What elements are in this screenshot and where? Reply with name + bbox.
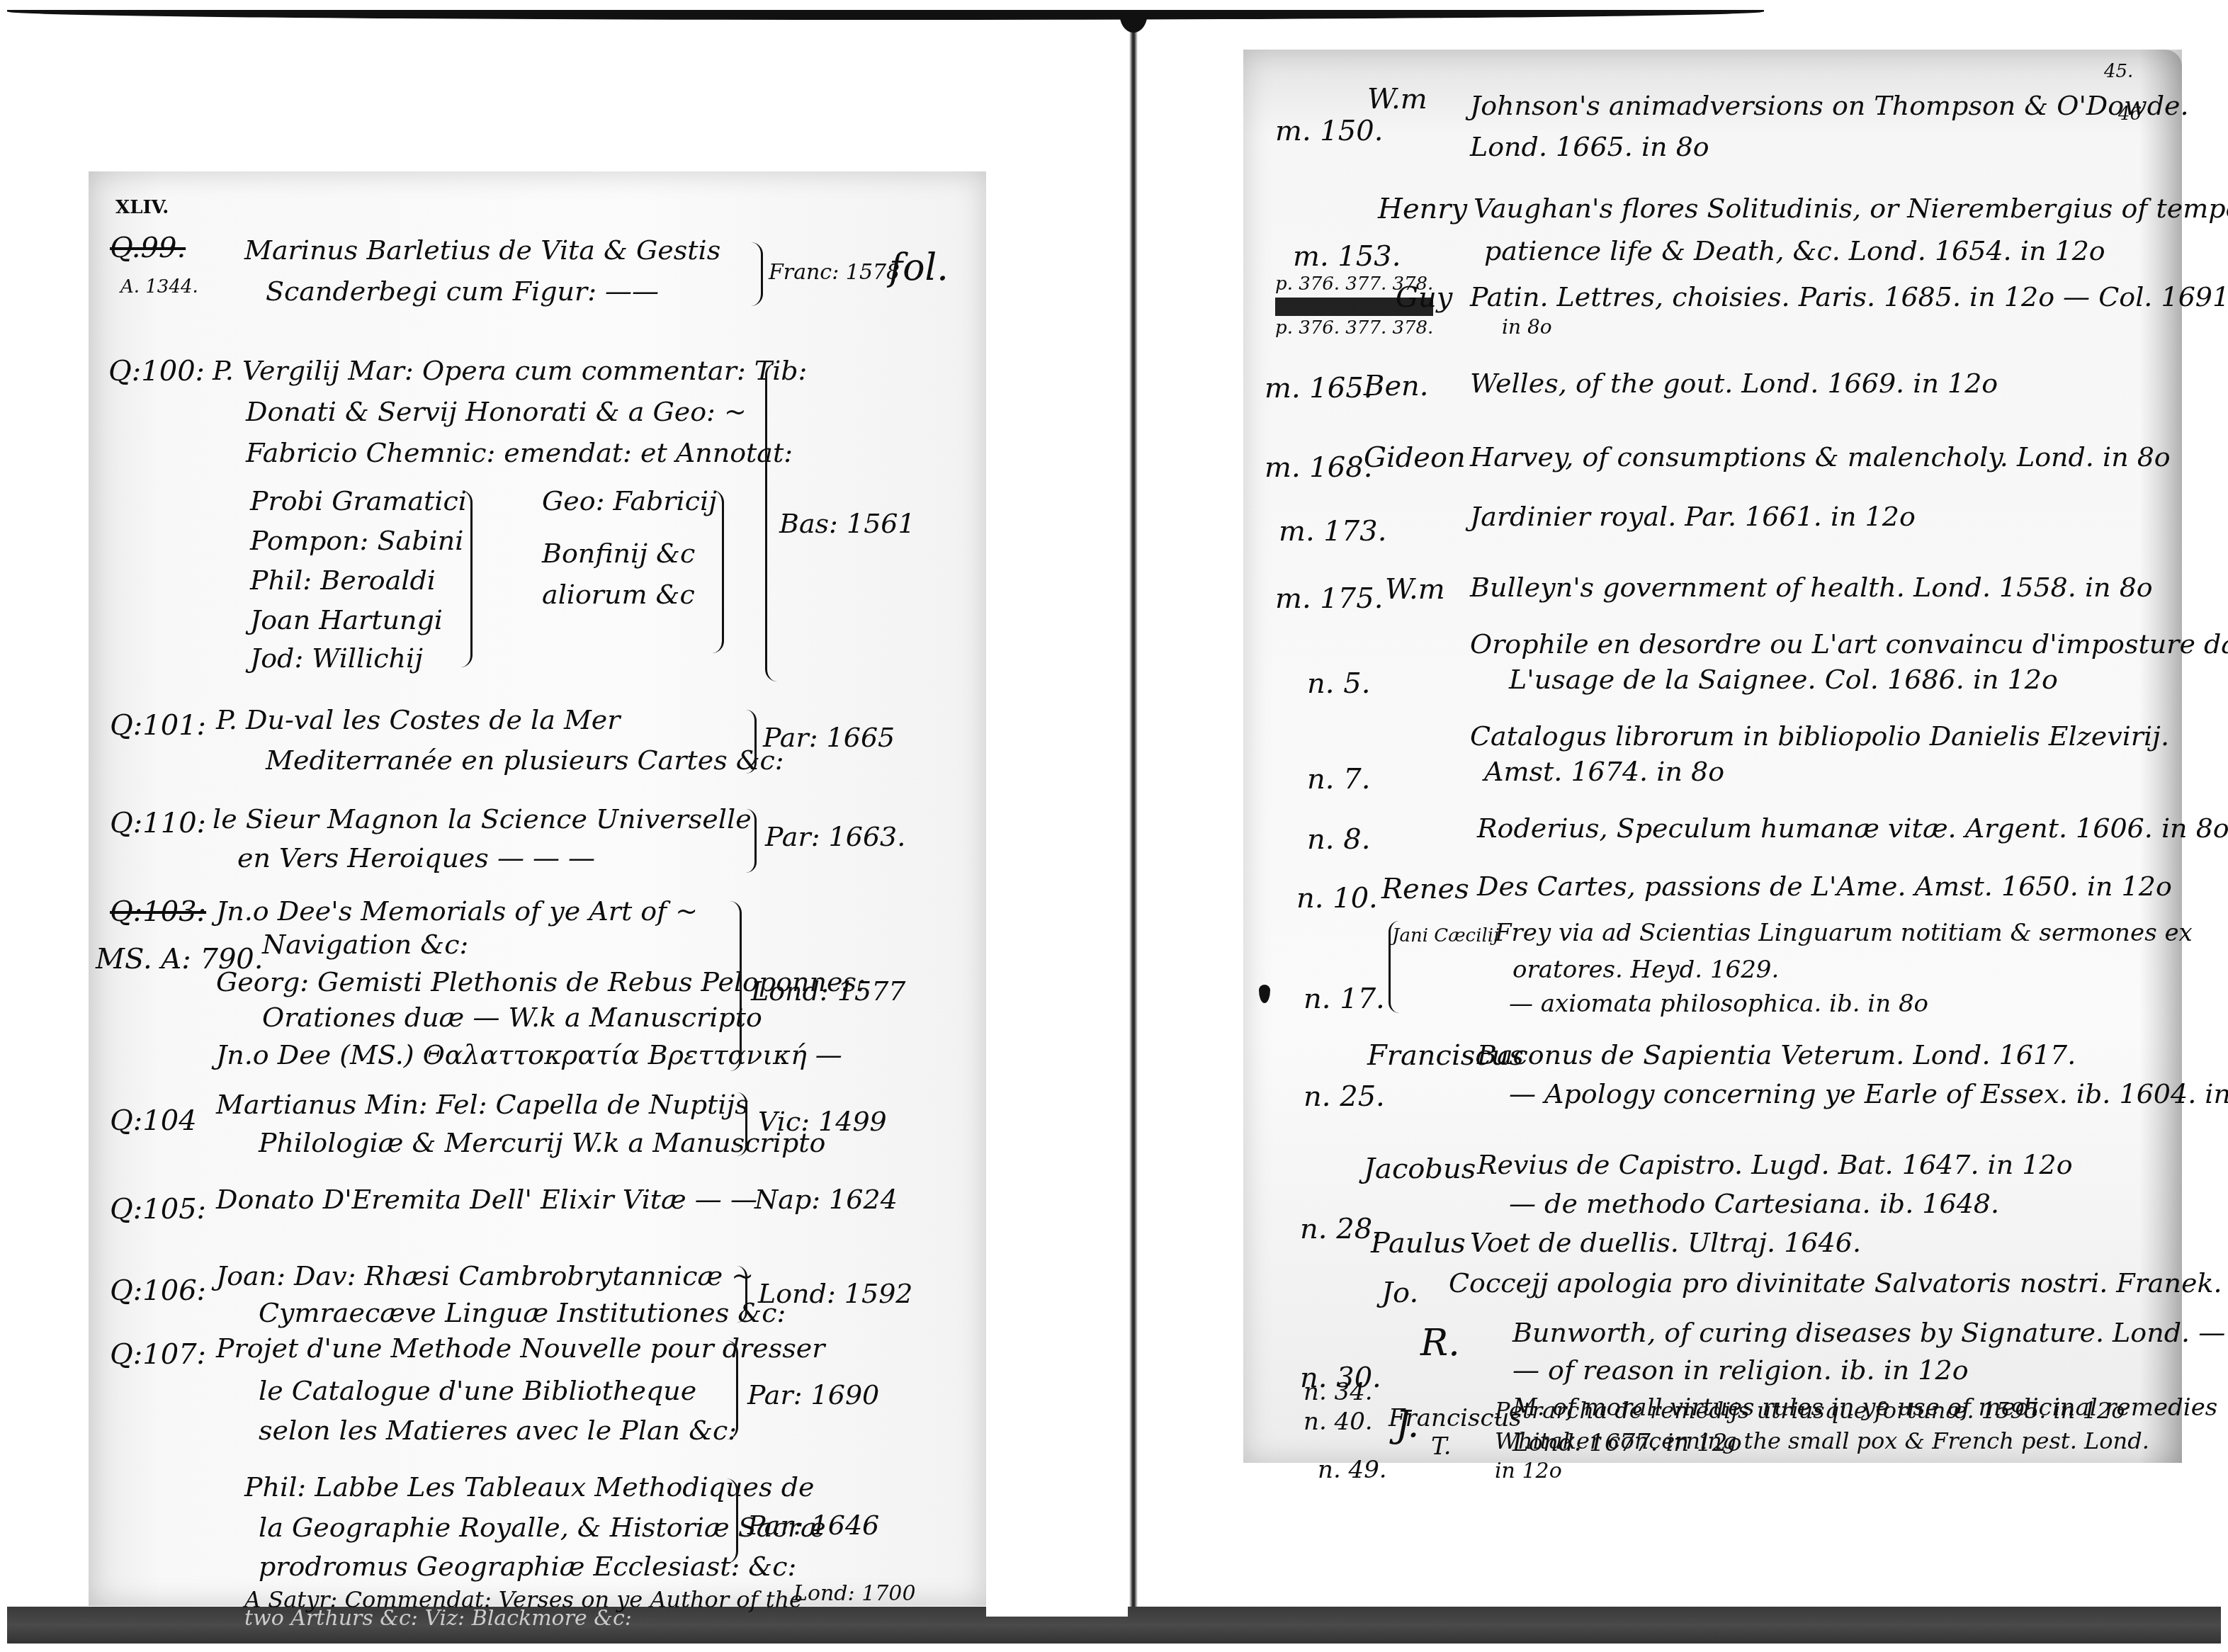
entry-line: Joan: Dav: Rhæsi Cambrobrytannicæ ~: [216, 1262, 754, 1289]
shelfmark: m. 150.: [1275, 117, 1383, 145]
bracket: [765, 363, 777, 681]
entry-line: Navigation &c:: [262, 931, 468, 958]
entry-line: Petrarcha de remedijs utriusque fortunæ.…: [1495, 1399, 2125, 1422]
shelfmark: n. 49.: [1318, 1458, 1387, 1482]
entry-line: Bulleyn's government of health. Lond. 15…: [1470, 574, 2153, 601]
shelfmark: Q:100:: [108, 357, 205, 385]
entry-sub-line: Jod: Willichij: [250, 645, 423, 672]
entry-line: Scanderbegi cum Figur: ——: [266, 278, 659, 305]
author-forename: Gideon: [1364, 443, 1466, 472]
shelfmark-alt: p. 376. 377. 378.: [1275, 319, 1433, 337]
entry-line: Baconus de Sapientia Veterum. Lond. 1617…: [1477, 1041, 2076, 1068]
imprint: Franc: 1578: [769, 262, 900, 283]
imprint: Lond: 1577: [751, 978, 906, 1005]
entry-line: Welles, of the gout. Lond. 1669. in 12o: [1470, 370, 1998, 397]
imprint: Lond: 1592: [758, 1280, 913, 1307]
entry-sub-line: Bonfinij &c: [542, 540, 695, 567]
shelfmark: Q.99.: [110, 234, 186, 262]
entry-line: in 12o: [1495, 1461, 1562, 1482]
entry-line: Johnson's animadversions on Thompson & O…: [1470, 92, 2189, 119]
shelfmark: Q:104: [110, 1107, 197, 1135]
shelfmark: n. 25.: [1304, 1082, 1385, 1111]
entry-sub-line: Phil: Beroaldi: [250, 567, 436, 594]
entry-line: Donati & Servij Honorati & a Geo: ~: [246, 398, 747, 425]
entry-sub-line: Joan Hartungi: [250, 606, 443, 633]
entry-line: Jardinier royal. Par. 1661. in 12o: [1470, 503, 1916, 530]
imprint: Par: 1663.: [765, 823, 905, 850]
shelfmark: Q:110:: [110, 809, 206, 837]
page-number: 45.: [2104, 62, 2133, 81]
entry-line: Jn.o Dee (MS.) Θαλαττοκρατία Βρεττανική …: [216, 1041, 842, 1068]
entry-line: le Catalogue d'une Bibliotheque: [259, 1377, 696, 1404]
bracket: [746, 809, 757, 873]
left-manuscript-page: XLIV. Q.99. A. 1344. Marinus Barletius d…: [89, 171, 986, 1606]
shelfmark: Q:107:: [110, 1340, 206, 1369]
entry-line: L'usage de la Saignee. Col. 1686. in 12o: [1509, 666, 2058, 693]
imprint: Lond: 1700: [793, 1583, 916, 1605]
bracket: [737, 1092, 747, 1156]
entry-line: Lond. 1665. in 8o: [1470, 133, 1709, 160]
entry-line: le Sieur Magnon la Science Universelle: [213, 805, 752, 832]
imprint: Bas: 1561: [779, 510, 915, 537]
shelfmark: Q:106:: [110, 1277, 206, 1305]
shelfmark: n. 17.: [1304, 985, 1385, 1013]
entry-line: in 8o: [1502, 317, 1552, 337]
bracket: [751, 242, 763, 306]
bracket: [712, 490, 724, 653]
shelfmark: Q:103:: [110, 898, 206, 926]
entry-line: en Vers Heroiques — — —: [237, 844, 595, 871]
entry-line: la Geographie Royalle, & Historiæ Sacræ: [259, 1514, 826, 1541]
entry-line: — Apology concerning ye Earle of Essex. …: [1509, 1080, 2228, 1107]
book-gutter: [1129, 14, 1138, 1643]
imprint: Par: 1690: [747, 1381, 879, 1408]
shelfmark: m. 168.: [1265, 453, 1372, 482]
author-forename: Henry: [1378, 195, 1467, 223]
right-manuscript-page: 45. 46 m. 150. W.m Johnson's animadversi…: [1243, 50, 2182, 1463]
folio-number: XLIV.: [115, 198, 169, 217]
shelfmark: n. 10.: [1296, 884, 1378, 912]
entry-line: Orationes duæ — W.k a Manuscripto: [262, 1004, 762, 1031]
imprint: Par: 1665: [763, 724, 895, 751]
entry-line: Marinus Barletius de Vita & Gestis: [244, 237, 720, 264]
author-forename: T.: [1431, 1435, 1452, 1459]
imprint: Par: 1646: [747, 1512, 879, 1539]
bracket: [726, 1340, 738, 1439]
author-forename: Renes: [1381, 875, 1469, 903]
entry-line: Vaughan's flores Solitudinis, or Nieremb…: [1474, 195, 2228, 222]
entry-line: selon les Matieres avec le Plan &c:: [259, 1417, 737, 1444]
entry-line: Coccejj apologia pro divinitate Salvator…: [1449, 1269, 2228, 1296]
entry-line: Martianus Min: Fel: Capella de Nuptijs: [216, 1091, 749, 1118]
entry-line: P. Du-val les Costes de la Mer: [216, 706, 621, 733]
shelfmark: Q:105:: [110, 1195, 206, 1223]
entry-line: — axiomata philosophica. ib. in 8o: [1509, 992, 1928, 1016]
format-note: fol.: [889, 249, 949, 286]
entry-sub-line: Geo: Fabricij: [542, 487, 717, 514]
shelfmark: m. 153.: [1293, 242, 1401, 271]
entry-line: Revius de Capistro. Lugd. Bat. 1647. in …: [1477, 1151, 2073, 1178]
bracket: [737, 1266, 747, 1323]
author-forename: R.: [1420, 1325, 1460, 1362]
entry-line: P. Vergilij Mar: Opera cum commentar: Ti…: [213, 357, 807, 384]
entry-sub-line: Pompon: Sabini: [250, 527, 463, 554]
shelfmark: n. 34.: [1304, 1380, 1373, 1404]
author-forename: W.m: [1385, 575, 1445, 604]
shelfmark: n. 40.: [1304, 1410, 1373, 1434]
shelfmark: m. 173.: [1279, 517, 1386, 545]
author-forename: W.m: [1367, 85, 1427, 113]
entry-line: Frey via ad Scientias Linguarum notitiam…: [1495, 921, 2193, 945]
author-forename: Jacobus: [1364, 1155, 1476, 1183]
shelfmark: m. 165.: [1265, 374, 1372, 402]
author-forename: Paulus: [1371, 1229, 1466, 1257]
entry-line: Catalogus librorum in bibliopolio Daniel…: [1470, 723, 2169, 749]
entry-line: patience life & Death, &c. Lond. 1654. i…: [1484, 237, 2105, 264]
ink-blot: [1259, 985, 1270, 1003]
entry-line: Whitaker concerning the small pox & Fren…: [1495, 1430, 2149, 1452]
book-binding-top: [7, 10, 1764, 20]
entry-sub-line: aliorum &c: [542, 581, 695, 608]
entry-line: Voet de duellis. Ultraj. 1646.: [1470, 1229, 1861, 1256]
entry-line-obscured: two Arthurs &c: Viz: Blackmore &c:: [244, 1608, 632, 1629]
entry-line: — of reason in religion. ib. in 12o: [1512, 1357, 1969, 1384]
entry-line: Jn.o Dee's Memorials of ye Art of ~: [216, 898, 698, 924]
shelfmark: m. 175.: [1275, 584, 1383, 613]
shelfmark: n. 7.: [1307, 765, 1370, 793]
shelfmark: Q:101:: [110, 711, 206, 740]
entry-line: Mediterranée en plusieurs Cartes &c:: [266, 747, 784, 774]
entry-line: Bunworth, of curing diseases by Signatur…: [1512, 1319, 2225, 1346]
entry-line: Roderius, Speculum humanæ vitæ. Argent. …: [1477, 815, 2228, 842]
entry-line: Des Cartes, passions de L'Ame. Amst. 165…: [1477, 873, 2172, 900]
bracket: [730, 901, 742, 1071]
author-forename: Jani Cæcilij: [1392, 927, 1499, 945]
shelfmark: n. 28.: [1300, 1215, 1381, 1243]
entry-line: oratores. Heyd. 1629.: [1512, 958, 1779, 982]
entry-sub-line: Probi Gramatici: [250, 487, 467, 514]
entry-line: Harvey, of consumptions & malencholy. Lo…: [1470, 443, 2171, 470]
bracket: [460, 490, 473, 667]
bracket: [1389, 921, 1399, 1013]
imprint: Vic: 1499: [758, 1108, 887, 1135]
bracket: [746, 710, 757, 774]
imprint: Nap: 1624: [754, 1186, 898, 1213]
shelfmark: n. 8.: [1307, 825, 1370, 854]
book-gutter-cap: [1112, 14, 1155, 43]
entry-line: — de methodo Cartesiana. ib. 1648.: [1509, 1190, 1999, 1217]
entry-line: Donato D'Eremita Dell' Elixir Vitæ — —: [216, 1186, 757, 1213]
entry-line: Fabricio Chemnic: emendat: et Annotat:: [246, 439, 793, 466]
entry-line: Cymraecæve Linguæ Institutiones &c:: [259, 1299, 786, 1326]
entry-line: Orophile en desordre ou L'art convaincu …: [1470, 630, 2228, 657]
bracket: [726, 1478, 738, 1563]
entry-line: prodromus Geographiæ Ecclesiast: &c:: [259, 1553, 796, 1580]
shelfmark-alt: A. 1344.: [120, 278, 198, 296]
shelfmark: n. 5.: [1307, 669, 1370, 698]
author-forename: Ben.: [1364, 372, 1429, 400]
blank-leaf: [986, 171, 1128, 1617]
author-forename: Jo.: [1381, 1279, 1418, 1307]
author-forename: Guy: [1396, 283, 1452, 312]
entry-line: Patin. Lettres, choisies. Paris. 1685. i…: [1470, 283, 2228, 310]
entry-line: Amst. 1674. in 8o: [1484, 758, 1724, 785]
